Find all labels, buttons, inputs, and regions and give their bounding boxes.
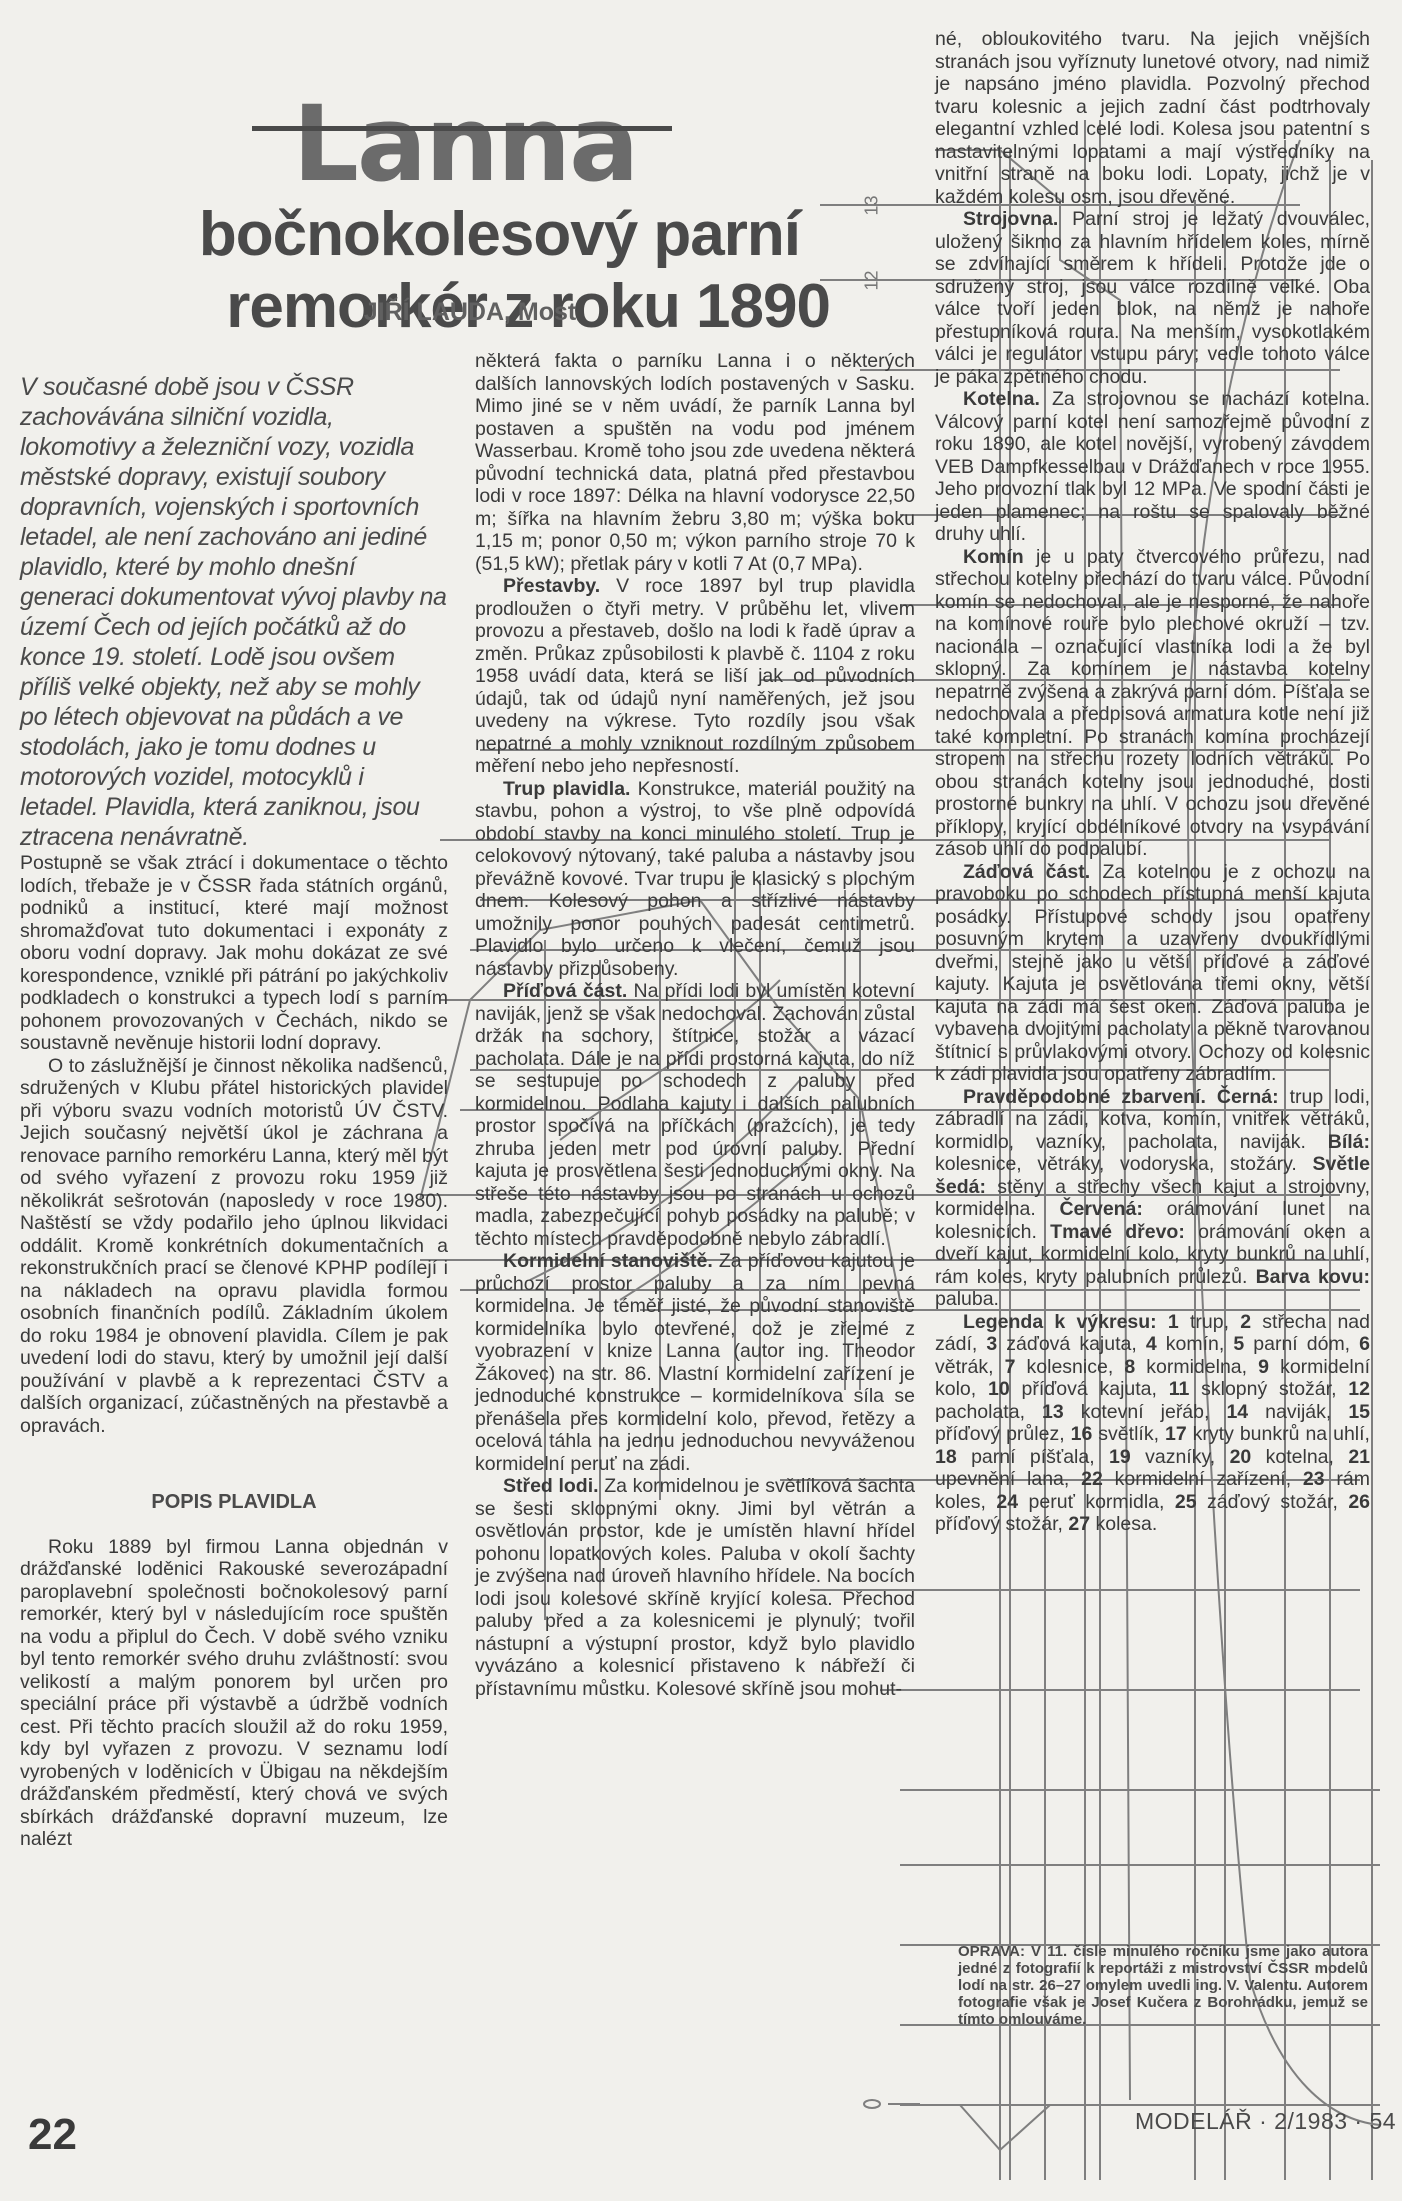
legend-text: kryty bunkrů na uhlí, xyxy=(1187,1423,1370,1445)
drawing-legend: Legenda k výkresu: 1 trup, 2 střecha nad… xyxy=(935,1311,1370,1536)
paragraph-heading: Trup plavidla. xyxy=(503,778,630,800)
body-paragraph: Roku 1889 byl firmou Lanna objednán v dr… xyxy=(20,1536,448,1851)
legend-item: 10 příďová kajuta, xyxy=(988,1378,1157,1400)
paragraph-heading: Komín xyxy=(963,546,1024,568)
legend-number: 9 xyxy=(1258,1356,1269,1378)
body-paragraph: Strojovna. Parní stroj je ležatý dvouvál… xyxy=(935,208,1370,388)
legend-item: 4 komín, xyxy=(1146,1333,1224,1355)
legend-text: trup, xyxy=(1179,1311,1229,1333)
legend-text: sklopný stožár, xyxy=(1189,1378,1336,1400)
legend-text: peruť kormidla, xyxy=(1018,1491,1164,1513)
legend-number: 25 xyxy=(1175,1491,1197,1513)
coloring-paragraph: Pravděpodobné zbarvení. Černá: trup lodi… xyxy=(935,1086,1370,1311)
legend-text: kormidelna, xyxy=(1135,1356,1247,1378)
legend-number: 12 xyxy=(1348,1378,1370,1400)
right-column: né, obloukovitého tvaru. Na jejich vnějš… xyxy=(935,28,1370,1536)
middle-column: některá fakta o parníku Lanna i o někter… xyxy=(475,350,915,1700)
legend-text: upevnění lana, xyxy=(935,1468,1069,1490)
paragraph-heading: Příďová část. xyxy=(503,980,627,1002)
legend-item: 24 peruť kormidla, xyxy=(996,1491,1164,1513)
correction-notice: OPRAVA: V 11. čísle minulého ročníku jsm… xyxy=(958,1943,1368,2028)
legend-item: 18 parní píšťala, xyxy=(935,1446,1095,1468)
legend-number: 21 xyxy=(1348,1446,1370,1468)
color-label-metal: Barva kovu: xyxy=(1256,1266,1370,1288)
paragraph-heading: Kotelna. xyxy=(963,388,1040,410)
legend-item: 17 kryty bunkrů na uhlí, xyxy=(1165,1423,1370,1445)
legend-number: 16 xyxy=(1071,1423,1093,1445)
body-paragraph: Střed lodi. Za kormidelnou je světlíková… xyxy=(475,1475,915,1700)
legend-text: vazníky, xyxy=(1131,1446,1215,1468)
paragraph-heading: Přestavby. xyxy=(503,575,600,597)
legend-number: 3 xyxy=(986,1333,997,1355)
legend-number: 14 xyxy=(1226,1401,1248,1423)
color-label-white: Bílá: xyxy=(1328,1131,1370,1153)
legend-text: kolesnice, xyxy=(1015,1356,1113,1378)
legend-number: 15 xyxy=(1348,1401,1370,1423)
legend-item: 20 kotelna, xyxy=(1230,1446,1334,1468)
legend-text: parní píšťala, xyxy=(957,1446,1095,1468)
body-paragraph: Záďová část. Za kotelnou je z ochozu na … xyxy=(935,861,1370,1086)
legend-number: 18 xyxy=(935,1446,957,1468)
body-paragraph: Kormidelní stanoviště. Za příďovou kajut… xyxy=(475,1250,915,1475)
paragraph-heading: Záďová část. xyxy=(963,861,1090,883)
legend-text: kotelna, xyxy=(1251,1446,1334,1468)
legend-number: 10 xyxy=(988,1378,1010,1400)
section-heading: POPIS PLAVIDLA xyxy=(20,1491,448,1514)
magazine-page: 13 12 Lanna bočnokolesový parní remorkér… xyxy=(0,0,1402,2201)
body-paragraph: některá fakta o parníku Lanna i o někter… xyxy=(475,350,915,575)
body-paragraph: Trup plavidla. Konstrukce, materiál použ… xyxy=(475,778,915,981)
legend-number: 27 xyxy=(1068,1513,1090,1535)
paragraph-heading: Kormidelní stanoviště. xyxy=(503,1250,713,1272)
legend-number: 11 xyxy=(1169,1378,1190,1400)
body-paragraph: O to záslužnější je činnost několika nad… xyxy=(20,1055,448,1438)
legend-text: záďový stožár, xyxy=(1197,1491,1338,1513)
legend-item: 19 vazníky, xyxy=(1109,1446,1215,1468)
dimension-label: 12 xyxy=(862,270,883,290)
legend-text: příďový stožár, xyxy=(935,1513,1063,1535)
author-byline: JIŘÍ LAUDA, Most xyxy=(310,298,630,327)
paragraph-heading: Strojovna. xyxy=(963,208,1058,230)
body-paragraph: Komín je u paty čtvercového průřezu, nad… xyxy=(935,546,1370,861)
legend-number: 20 xyxy=(1230,1446,1252,1468)
legend-item: 25 záďový stožár, xyxy=(1175,1491,1338,1513)
body-paragraph: Přestavby. V roce 1897 byl trup plavidla… xyxy=(475,575,915,778)
body-paragraph: Kotelna. Za strojovnou se nachází koteln… xyxy=(935,388,1370,546)
legend-number: 7 xyxy=(1005,1356,1016,1378)
subtitle-line-1: bočnokolesový parní xyxy=(90,199,830,271)
title-underline xyxy=(252,126,672,131)
color-label-darkwood: Tmavé dřevo: xyxy=(1050,1221,1185,1243)
body-paragraph: Příďová část. Na přídi lodi byl umístěn … xyxy=(475,980,915,1250)
legend-text: komín, xyxy=(1157,1333,1225,1355)
article-title: Lanna xyxy=(250,92,680,196)
color-label-black: Černá: xyxy=(1217,1086,1279,1108)
left-column: V současné době jsou v ČSSR zachovávána … xyxy=(20,372,448,1851)
legend-number: 23 xyxy=(1303,1468,1325,1490)
legend-text: větrák, xyxy=(935,1356,994,1378)
legend-text: příďová kajuta, xyxy=(1010,1378,1157,1400)
body-paragraph: Postupně se však ztrácí i dokumentace o … xyxy=(20,852,448,1055)
legend-text: parní dóm, xyxy=(1244,1333,1350,1355)
dimension-label: 13 xyxy=(862,195,883,215)
legend-number: 8 xyxy=(1124,1356,1135,1378)
legend-number: 5 xyxy=(1233,1333,1244,1355)
legend-text: příďový průlez, xyxy=(935,1423,1065,1445)
legend-number: 6 xyxy=(1359,1333,1370,1355)
legend-item: 7 kolesnice, xyxy=(1005,1356,1114,1378)
legend-item: 14 naviják, xyxy=(1226,1401,1331,1423)
legend-number: 2 xyxy=(1240,1311,1251,1333)
legend-number: 19 xyxy=(1109,1446,1131,1468)
legend-number: 22 xyxy=(1081,1468,1103,1490)
legend-item: 16 světlík, xyxy=(1071,1423,1159,1445)
legend-text: záďová kajuta, xyxy=(997,1333,1137,1355)
legend-item: 8 kormidelna, xyxy=(1124,1356,1247,1378)
legend-text: pacholata, xyxy=(935,1401,1025,1423)
paragraph-heading: Střed lodi. xyxy=(503,1475,599,1497)
legend-item: 11 sklopný stožár, xyxy=(1169,1378,1337,1400)
issue-info: MODELÁŘ · 2/1983 · 54 xyxy=(1135,2108,1396,2135)
body-paragraph: né, obloukovitého tvaru. Na jejich vnějš… xyxy=(935,28,1370,208)
legend-text: světlík, xyxy=(1092,1423,1159,1445)
legend-number: 26 xyxy=(1348,1491,1370,1513)
color-label-red: Červená: xyxy=(1059,1198,1142,1220)
intro-paragraph: V současné době jsou v ČSSR zachovávána … xyxy=(20,372,448,852)
legend-item: 1 trup, xyxy=(1168,1311,1229,1333)
legend-item: 3 záďová kajuta, xyxy=(986,1333,1136,1355)
legend-number: 4 xyxy=(1146,1333,1157,1355)
legend-number: 1 xyxy=(1168,1311,1179,1333)
legend-text: kormidelní zařízení, xyxy=(1103,1468,1291,1490)
legend-text: kolesa. xyxy=(1090,1513,1157,1535)
legend-heading: Legenda k výkresu: xyxy=(963,1311,1157,1333)
legend-item: 13 kotevní jeřáb, xyxy=(1042,1401,1209,1423)
legend-item: 22 kormidelní zařízení, xyxy=(1081,1468,1291,1490)
page-number: 22 xyxy=(28,2110,77,2160)
legend-text: naviják, xyxy=(1248,1401,1331,1423)
legend-item: 5 parní dóm, xyxy=(1233,1333,1350,1355)
legend-number: 17 xyxy=(1165,1423,1187,1445)
legend-number: 13 xyxy=(1042,1401,1064,1423)
legend-number: 24 xyxy=(996,1491,1018,1513)
paragraph-heading: Pravděpodobné zbarvení. xyxy=(963,1086,1206,1108)
legend-text: kotevní jeřáb, xyxy=(1064,1401,1210,1423)
legend-item: 27 kolesa. xyxy=(1068,1513,1157,1535)
